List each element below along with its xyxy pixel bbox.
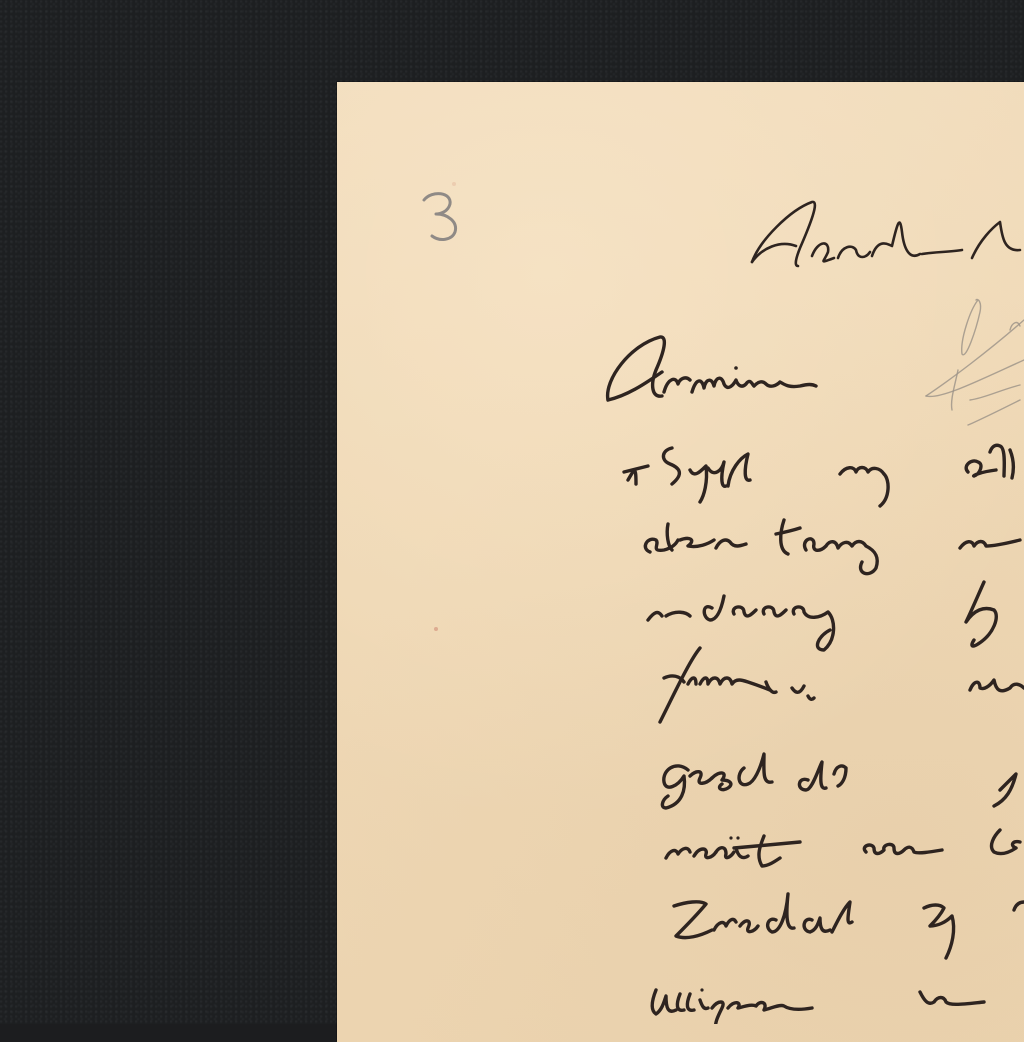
letter-line-5 [662, 754, 1016, 808]
letter-line-4 [660, 648, 1024, 722]
handwriting-layer [0, 0, 1024, 1024]
page-number [424, 194, 456, 240]
letter-line-1 [624, 445, 1013, 506]
letter-line-7 [674, 894, 1024, 958]
pencil-sketch [926, 300, 1024, 426]
letter-line-8 [652, 988, 984, 1024]
salutation [608, 337, 816, 400]
letter-line-2 [645, 520, 1020, 574]
letter-line-3 [648, 582, 996, 650]
letter-heading [752, 202, 1020, 266]
letter-line-6 [666, 830, 1020, 866]
